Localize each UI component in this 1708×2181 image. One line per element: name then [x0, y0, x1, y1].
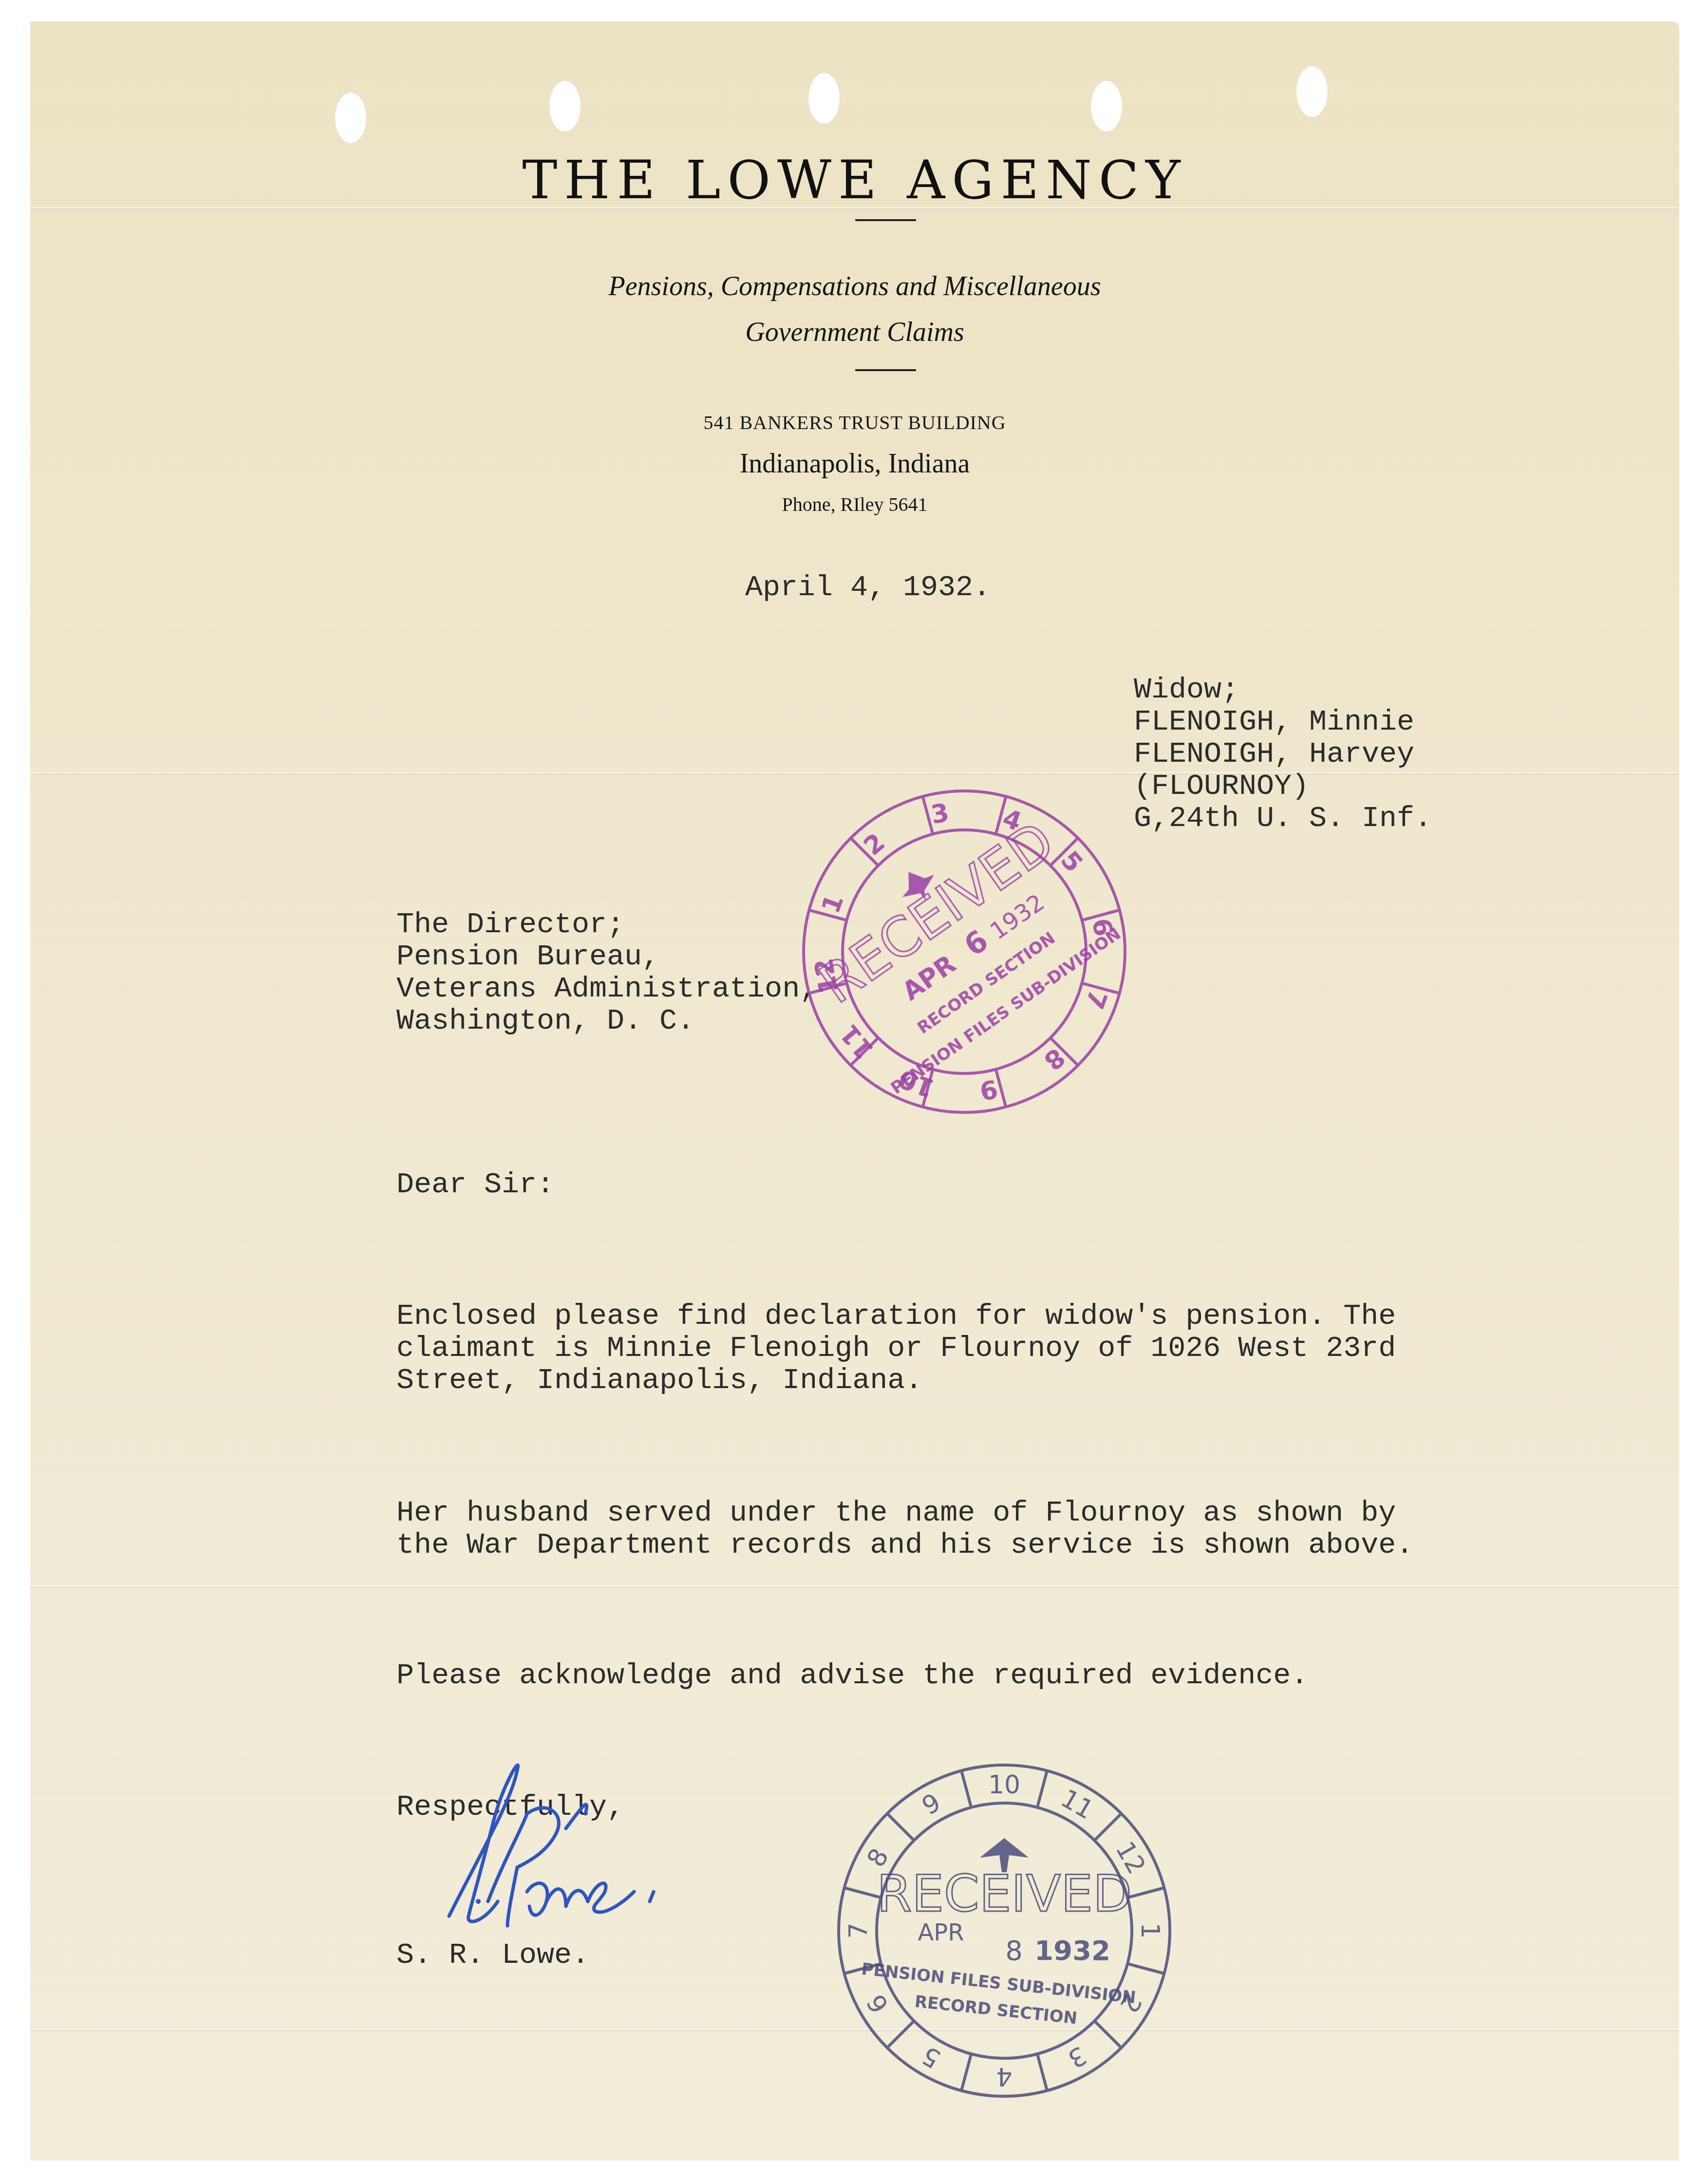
body-paragraph-3: Please acknowledge and advise the requir… [396, 1660, 1308, 1692]
handwritten-signature [420, 1755, 693, 1960]
stamp-hour: 3 [1063, 2040, 1091, 2074]
stamp-hour: 3 [929, 798, 951, 830]
stamp-hour: 5 [917, 2040, 946, 2074]
stamp-hour: 6 [862, 1989, 895, 2018]
recipient-line: The Director; [396, 909, 624, 941]
reference-line: Widow; [1134, 674, 1239, 706]
reference-line: FLENOIGH, Harvey [1134, 738, 1414, 771]
recipient-line: Veterans Administration, [396, 973, 817, 1005]
punch-hole [1091, 81, 1122, 132]
letterhead-tagline-1: Pensions, Compensations and Miscellaneou… [30, 271, 1679, 302]
recipient-line: Pension Bureau, [396, 941, 659, 973]
paper-fold-crease [30, 1585, 1679, 1588]
stamp-year: 1932 [1034, 1935, 1110, 1967]
letterhead-phone: Phone, RIley 5641 [30, 493, 1679, 516]
body-line: the War Department records and his servi… [396, 1529, 1413, 1561]
received-stamp-apr-6: 3 4 5 6 7 8 9 10 11 12 1 2 RECEIVED APR … [794, 781, 1135, 1122]
stamp-hour: 9 [977, 1073, 1000, 1105]
punch-hole [1296, 66, 1328, 117]
letterhead-address: 541 BANKERS TRUST BUILDING [30, 411, 1679, 434]
paper-fold-crease [30, 771, 1679, 774]
stamp-hour: 1 [1135, 1922, 1164, 1938]
body-line: Enclosed please find declaration for wid… [396, 1300, 1396, 1333]
stamp-hour: 9 [917, 1788, 946, 1822]
letterhead-divider [855, 369, 916, 371]
letter-page: THE LOWE AGENCY Pensions, Compensations … [30, 21, 1679, 2161]
recipient-line: Washington, D. C. [396, 1005, 694, 1037]
letterhead-tagline-2: Government Claims [30, 317, 1679, 348]
reference-line: G,24th U. S. Inf. [1134, 803, 1432, 835]
letterhead-city: Indianapolis, Indiana [30, 448, 1679, 479]
letterhead-divider [855, 219, 916, 221]
reference-line: FLENOIGH, Minnie [1134, 706, 1414, 738]
stamp-hour: 2 [858, 828, 890, 862]
salutation: Dear Sir: [396, 1169, 554, 1201]
body-line: claimant is Minnie Flenoigh or Flournoy … [396, 1333, 1396, 1365]
letter-date: April 4, 1932. [745, 572, 991, 604]
stamp-month: APR [918, 1919, 964, 1946]
body-line: Her husband served under the name of Flo… [396, 1497, 1396, 1529]
received-stamp-apr-8: 8 9 10 11 12 1 2 3 4 5 6 7 RECEIVED APR … [819, 1746, 1189, 2116]
stamp-received-label: RECEIVED [877, 1864, 1132, 1923]
stamp-hour: 7 [844, 1922, 873, 1938]
reference-line: (FLOURNOY) [1134, 771, 1309, 803]
stamp-day: 8 [1005, 1935, 1023, 1967]
punch-hole [335, 93, 366, 143]
punch-hole [549, 81, 581, 132]
stamp-hour: 8 [1038, 1042, 1070, 1075]
body-line: Street, Indianapolis, Indiana. [396, 1365, 922, 1397]
letterhead-company-name: THE LOWE AGENCY [30, 150, 1679, 211]
punch-hole [808, 73, 840, 124]
stamp-hour: 10 [988, 1770, 1020, 1800]
stamp-hour: 4 [996, 2062, 1012, 2091]
